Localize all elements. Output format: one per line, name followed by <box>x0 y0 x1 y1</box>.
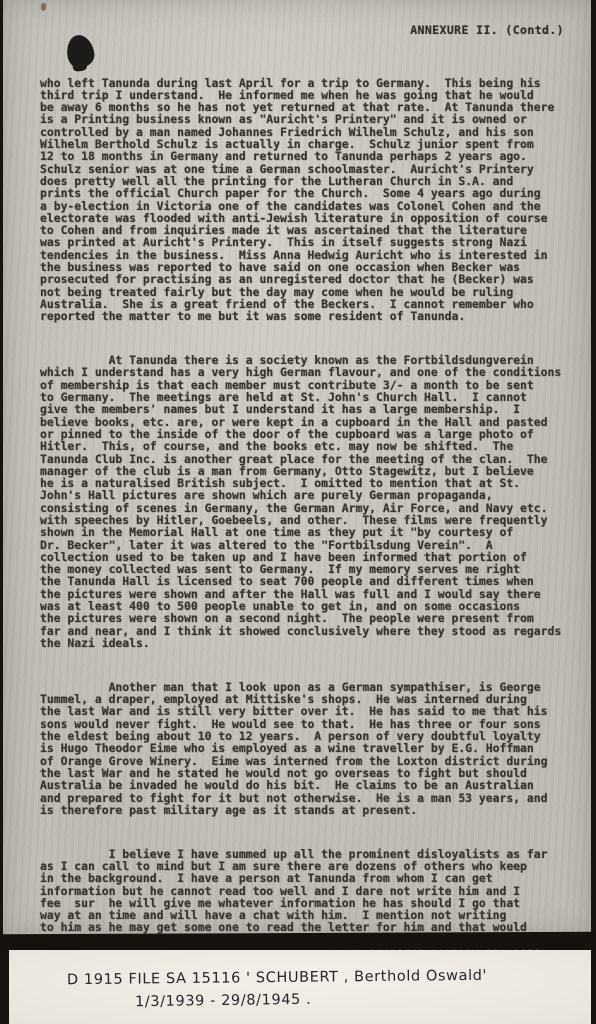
typed-page: ANNEXURE II. (Contd.) who left Tanunda d… <box>3 0 591 936</box>
paragraph-1: who left Tanunda during last April for a… <box>40 77 590 323</box>
typed-body: who left Tanunda during last April for a… <box>40 52 590 1015</box>
annexure-header: ANNEXURE II. (Contd.) <box>410 23 564 37</box>
handwritten-file-reference: D 1915 FILE SA 15116 ' SCHUBERT , Bertho… <box>67 968 487 988</box>
paragraph-3: Another man that I look upon as a German… <box>40 681 590 816</box>
smudge-mark <box>41 3 46 11</box>
scan-divider-band <box>0 932 596 952</box>
archive-label-strip: D 1915 FILE SA 15116 ' SCHUBERT , Bertho… <box>9 950 591 1024</box>
paragraph-2: At Tanunda there is a society known as t… <box>40 354 590 649</box>
scanned-document: ANNEXURE II. (Contd.) who left Tanunda d… <box>0 0 596 1024</box>
handwritten-date-range: 1/3/1939 - 29/8/1945 . <box>135 992 312 1010</box>
